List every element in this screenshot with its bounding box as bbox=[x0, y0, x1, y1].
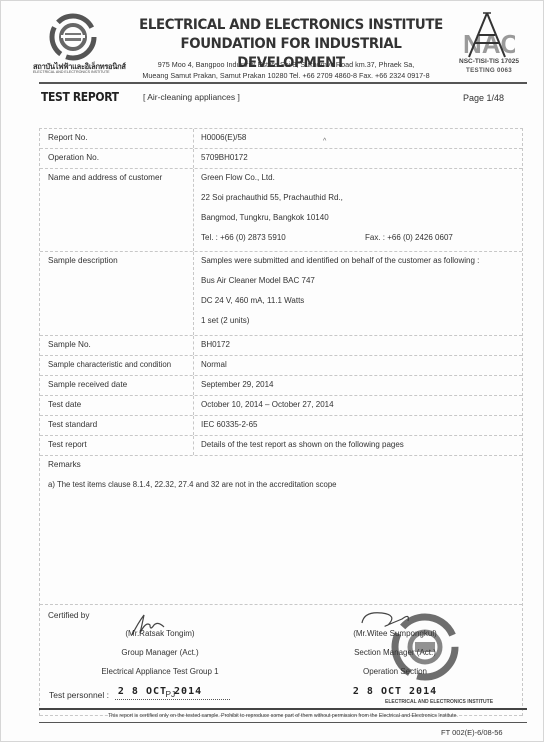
operation-no-value: 5709BH0172 bbox=[194, 149, 522, 168]
customer-address-2: Bangmod, Tungkru, Bangkok 10140 bbox=[201, 213, 522, 233]
signatory-left-name: (Mr.Ratsak Tongim) bbox=[80, 629, 240, 648]
form-number: FT 002(E)-6/08-56 bbox=[441, 728, 503, 737]
condition-value: Normal bbox=[194, 356, 522, 375]
table-row: Sample description Samples were submitte… bbox=[40, 252, 522, 336]
accreditation-number: NSC-TISI-TIS 17025 bbox=[449, 58, 529, 65]
received-date-label: Sample received date bbox=[40, 376, 194, 395]
report-subtitle: [ Air-cleaning appliances ] bbox=[143, 92, 240, 102]
signatory-right: (Mr.Witee Sumpongkul) Section Manager (A… bbox=[330, 629, 460, 705]
table-row: Operation No. 5709BH0172 bbox=[40, 149, 522, 169]
table-row: Test report Details of the test report a… bbox=[40, 436, 522, 456]
signatory-right-department: Operation Section bbox=[330, 667, 460, 686]
sample-quantity: 1 set (2 units) bbox=[201, 316, 522, 336]
signatory-left-department: Electrical Appliance Test Group 1 bbox=[80, 667, 240, 686]
test-date-value: October 10, 2014 – October 27, 2014 bbox=[194, 396, 522, 415]
table-row: Report No. H0006(E)/58 bbox=[40, 129, 522, 149]
disclaimer-text: This report is certified only on the tes… bbox=[39, 713, 527, 719]
sample-model: Bus Air Cleaner Model BAC 747 bbox=[201, 276, 522, 296]
test-standard-label: Test standard bbox=[40, 416, 194, 435]
header-divider bbox=[39, 82, 527, 84]
remarks-label: Remarks bbox=[48, 460, 522, 469]
accreditation-testing: TESTING 0063 bbox=[449, 67, 529, 74]
customer-fax: Fax. : +66 (0) 2426 0607 bbox=[365, 233, 453, 253]
table-row: Name and address of customer Green Flow … bbox=[40, 169, 522, 252]
test-personnel-value: PJ bbox=[165, 689, 175, 699]
customer-name: Green Flow Co., Ltd. bbox=[201, 173, 522, 193]
table-row: Sample characteristic and condition Norm… bbox=[40, 356, 522, 376]
test-date-label: Test date bbox=[40, 396, 194, 415]
test-personnel: Test personnel : PJ bbox=[49, 689, 230, 700]
table-row: Sample No. BH0172 bbox=[40, 336, 522, 356]
document-page: สถาบันไฟฟ้าและอิเล็กทรอนิกส์ ELECTRICAL … bbox=[0, 0, 544, 742]
sample-description-label: Sample description bbox=[40, 252, 194, 335]
sample-description-line: Samples were submitted and identified on… bbox=[201, 256, 522, 276]
remarks-note: a) The test items clause 8.1.4, 22.32, 2… bbox=[48, 480, 522, 489]
sample-description-value: Samples were submitted and identified on… bbox=[194, 252, 522, 335]
signatory-right-position: Section Manager (Act.) bbox=[330, 648, 460, 667]
customer-tel: Tel. : +66 (0) 2873 5910 bbox=[201, 233, 365, 253]
stamp-text: ELECTRICAL AND ELECTRONICS INSTITUTE bbox=[385, 699, 493, 705]
report-info-table: Report No. H0006(E)/58 Operation No. 570… bbox=[39, 128, 523, 716]
eei-logo-icon bbox=[47, 13, 99, 61]
received-date-value: September 29, 2014 bbox=[194, 376, 522, 395]
test-personnel-field: PJ bbox=[115, 689, 230, 700]
logo-english-text: ELECTRICAL AND ELECTRONICS INSTITUTE bbox=[33, 70, 117, 74]
customer-address-1: 22 Soi prachauthid 55, Prachauthid Rd., bbox=[201, 193, 522, 213]
test-report-label: Test report bbox=[40, 436, 194, 455]
table-row: Sample received date September 29, 2014 bbox=[40, 376, 522, 396]
customer-contact: Tel. : +66 (0) 2873 5910 Fax. : +66 (0) … bbox=[201, 233, 522, 253]
report-title: TEST REPORT bbox=[41, 90, 119, 104]
page-number: Page 1/48 bbox=[463, 93, 504, 103]
remarks-section: Remarks a) The test items clause 8.1.4, … bbox=[40, 456, 522, 605]
report-no-label: Report No. bbox=[40, 129, 194, 148]
accreditation-logo-icon: NAC bbox=[459, 11, 515, 61]
customer-value: Green Flow Co., Ltd. 22 Soi prachauthid … bbox=[194, 169, 522, 251]
customer-label: Name and address of customer bbox=[40, 169, 194, 251]
institute-address: 975 Moo 4, Bangpoo Industrial Estate Soi… bbox=[111, 59, 461, 81]
sample-no-value: BH0172 bbox=[194, 336, 522, 355]
signature-right-icon bbox=[358, 607, 418, 631]
operation-no-label: Operation No. bbox=[40, 149, 194, 168]
footer-divider-bottom bbox=[39, 722, 527, 723]
test-standard-value: IEC 60335-2-65 bbox=[194, 416, 522, 435]
test-personnel-label: Test personnel : bbox=[49, 690, 109, 700]
report-no-value: H0006(E)/58 bbox=[194, 129, 522, 148]
certified-by-label: Certified by bbox=[48, 611, 89, 620]
condition-label: Sample characteristic and condition bbox=[40, 356, 194, 375]
test-report-value: Details of the test report as shown on t… bbox=[194, 436, 522, 455]
signatory-right-name: (Mr.Witee Sumpongkul) bbox=[330, 629, 460, 648]
table-row: Test standard IEC 60335-2-65 bbox=[40, 416, 522, 436]
sample-rating: DC 24 V, 460 mA, 11.1 Watts bbox=[201, 296, 522, 316]
signatory-left-position: Group Manager (Act.) bbox=[80, 648, 240, 667]
footer-divider-top bbox=[39, 708, 527, 710]
sample-no-label: Sample No. bbox=[40, 336, 194, 355]
table-row: Test date October 10, 2014 – October 27,… bbox=[40, 396, 522, 416]
